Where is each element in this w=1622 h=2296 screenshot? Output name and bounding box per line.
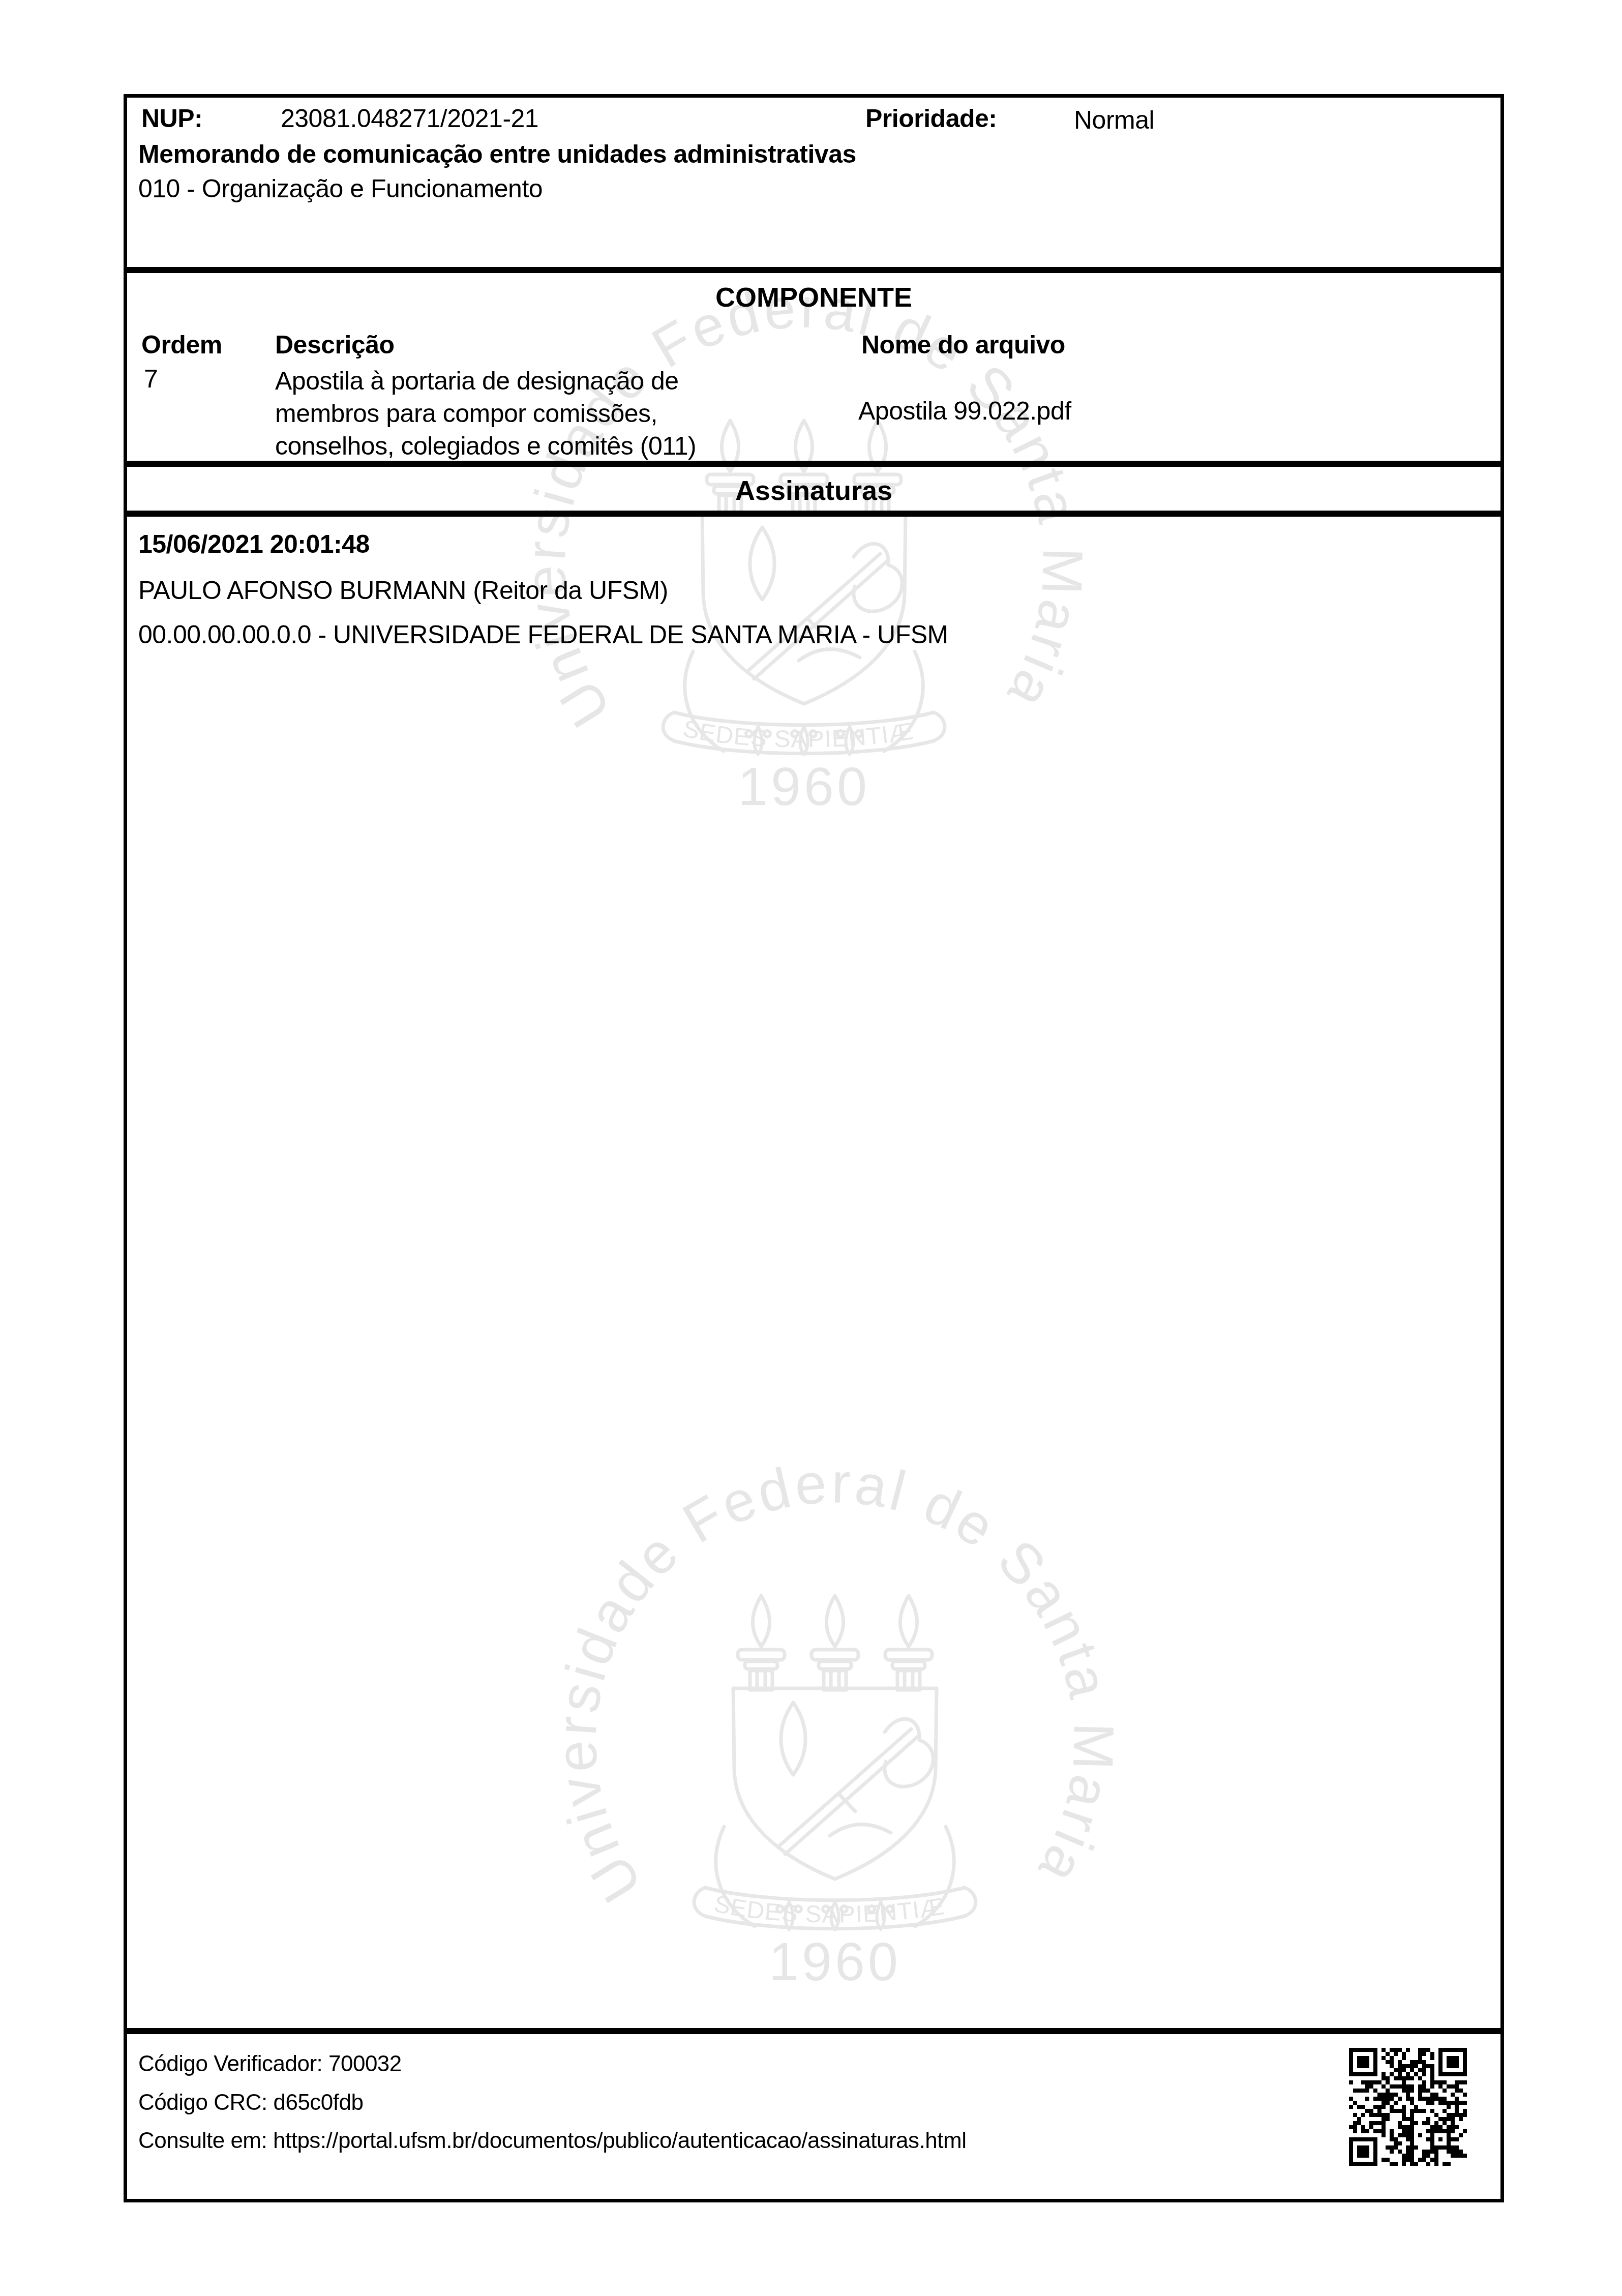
- column-header-descricao: Descrição: [275, 331, 395, 359]
- table-row-filename: Apostila 99.022.pdf: [858, 397, 1071, 425]
- signature-datetime: 15/06/2021 20:01:48: [138, 530, 370, 558]
- table-row-description: Apostila à portaria de designação de mem…: [275, 365, 696, 462]
- signature-unit: 00.00.00.00.0.0 - UNIVERSIDADE FEDERAL D…: [138, 620, 948, 649]
- divider: [127, 267, 1500, 273]
- table-row-order: 7: [144, 365, 158, 393]
- signatures-section-title: Assinaturas: [127, 475, 1500, 506]
- nup-label: NUP:: [141, 104, 202, 133]
- column-header-nome-do-arquivo: Nome do arquivo: [861, 331, 1065, 359]
- consult-url-text: Consulte em: https://portal.ufsm.br/docu…: [138, 2128, 966, 2153]
- component-section-title: COMPONENTE: [127, 282, 1500, 313]
- priority-label: Prioridade:: [865, 104, 997, 133]
- qr-code: [1349, 2048, 1467, 2166]
- document-subject: Memorando de comunicação entre unidades …: [138, 140, 856, 168]
- priority-value: Normal: [1074, 106, 1154, 134]
- divider: [127, 461, 1500, 467]
- crc-code: Código CRC: d65c0fdb: [138, 2090, 363, 2115]
- column-header-ordem: Ordem: [141, 331, 222, 359]
- verifier-code: Código Verificador: 700032: [138, 2051, 402, 2076]
- document-frame: NUP: 23081.048271/2021-21 Prioridade: No…: [124, 94, 1504, 2202]
- signature-signer: PAULO AFONSO BURMANN (Reitor da UFSM): [138, 576, 668, 605]
- divider: [127, 2028, 1500, 2034]
- document-classification: 010 - Organização e Funcionamento: [138, 174, 543, 203]
- divider: [127, 511, 1500, 517]
- nup-value: 23081.048271/2021-21: [281, 104, 538, 133]
